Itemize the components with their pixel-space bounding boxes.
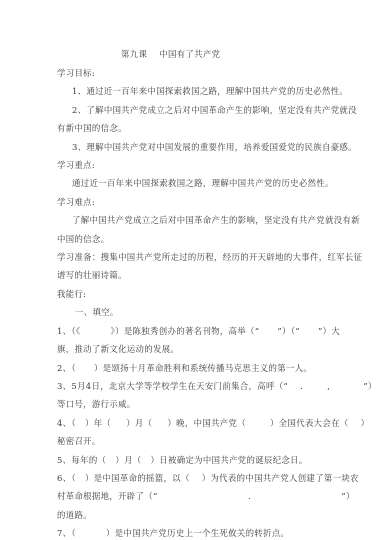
lesson-title: 第九课 中国有了共产党 [121,49,220,59]
key-points-heading: 学习重点: [57,160,95,170]
difficulties-heading: 学习难点: [57,197,95,207]
section-fill-blank: 一、填空。 [75,307,119,317]
key-points-text: 通过近一百年来中国探索救国之路，理解中国共产党的历史必然性。 [72,178,334,188]
question-3-cont: 等口号，游行示威。 [57,399,136,409]
can-do-heading: 我能行: [57,289,86,299]
question-2: 2、（ ）是颂扬十月革命胜利和系统传播马克思主义的第一人。 [57,363,312,373]
question-6: 6、（ ）是中国革命的摇篮，以（ ）为代表的中国共产党人创建了第一块农 [57,473,359,483]
objectives-heading: 学习目标: [57,68,95,78]
difficulties-text: 了解中国共产党成立之后对中国革命产生的影响，坚定没有共产党就没有新 [72,215,360,225]
question-5: 5、每年的（ ）月（ ）日被确定为中国共产党的诞辰纪念日。 [57,455,308,465]
question-3: 3、5月4日，北京大学等学校学生在天安门前集合，高呼（“ . , ”） [57,381,377,391]
question-7: 7、（ ）是中国共产党历史上一个生死攸关的转折点。 [57,528,289,538]
question-4: 4、（ ）年（ ）月（ ）晚，中国共产党（ ）全国代表大会在（ ） [57,418,369,428]
difficulties-text-cont: 中国的信念。 [57,234,109,244]
question-6-cont: 村革命根据地，开辟了（“ . ”） [57,491,355,501]
question-1: 1、（《 》）是陈独秀创办的著名刊物，高举（“ ”）（“ ”）大 [57,326,340,336]
objective-2: 2、了解中国共产党成立之后对中国革命产生的影响，坚定没有共产党就没 [72,105,357,115]
question-1-cont: 旗，推动了新文化运动的发展。 [57,344,179,354]
preparation-text-cont: 谱写的壮丽诗篇。 [57,270,127,280]
question-6-cont2: 的道路。 [57,510,92,520]
objective-2-cont: 有新中国的信念。 [57,123,127,133]
preparation-text: 学习准备：搜集中国共产党所走过的历程，经历的开天辟地的大事件，红军长征 [57,252,362,262]
objective-3: 3、理解中国共产党对中国发展的重要作用，培养爱国爱党的民族自豪感。 [72,142,357,152]
question-4-cont: 秘密召开。 [57,436,101,446]
objective-1: 1、通过近一百年来中国探索救国之路，理解中国共产党的历史必然性。 [72,86,348,96]
